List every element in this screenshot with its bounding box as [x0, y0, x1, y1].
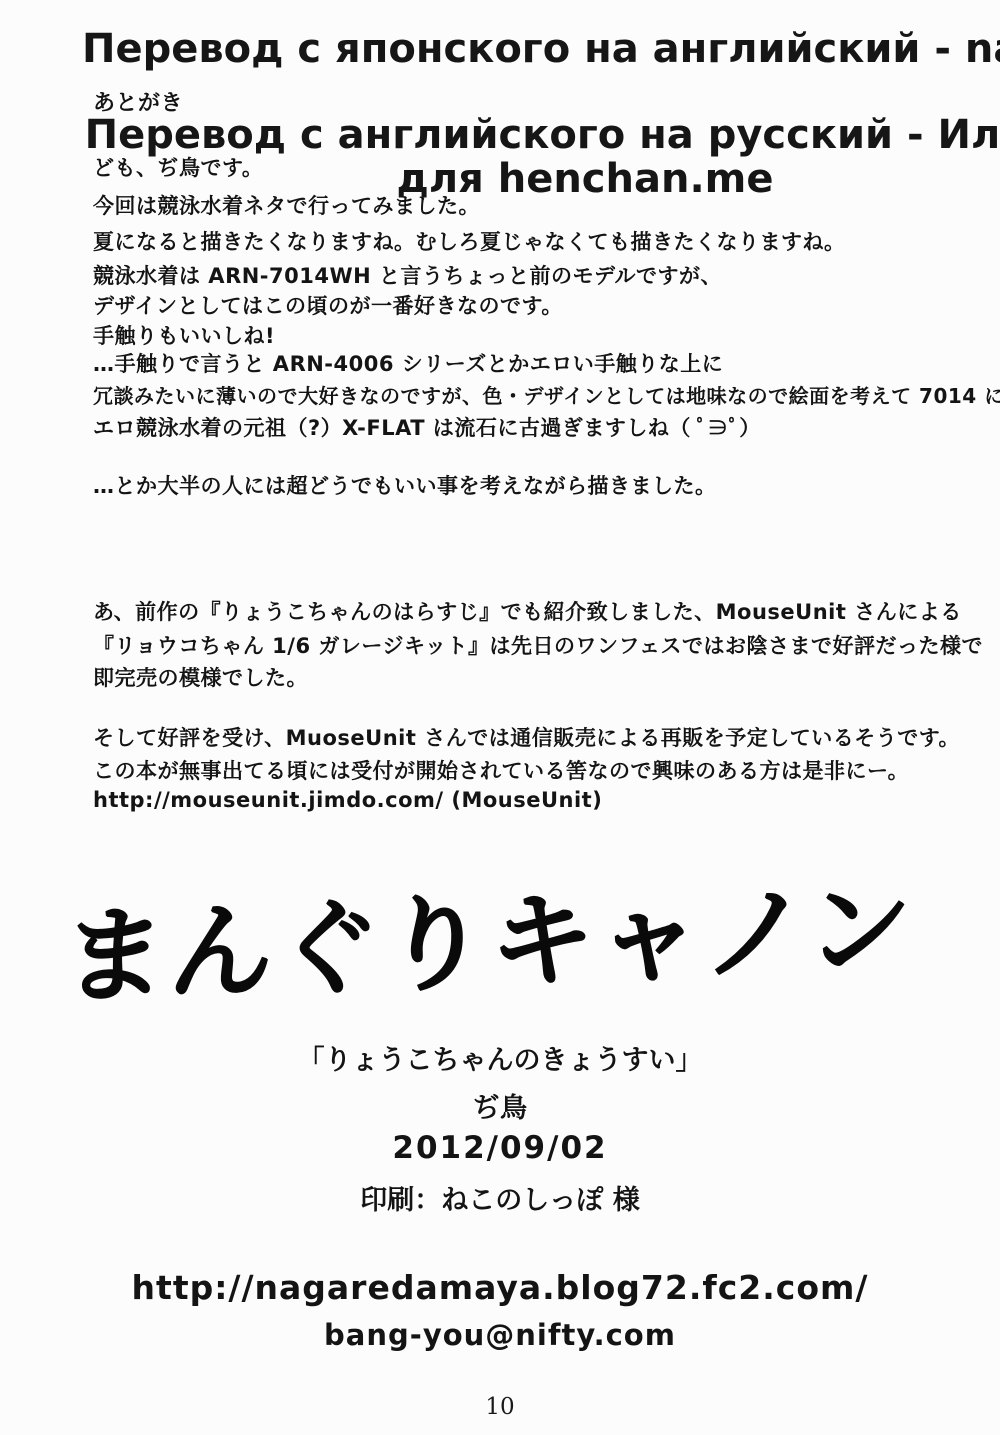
author-name: ぢ鳥 [0, 1086, 1000, 1125]
afterword-line-texture: 手触りもいいしね! [93, 320, 275, 350]
afterword-line-sold-out: 即完売の模様でした。 [93, 662, 308, 692]
circle-website-url: http://nagaredamaya.blog72.fc2.com/ [0, 1268, 1000, 1307]
printer-credit: 印刷：ねこのしっぽ 様 [0, 1178, 1000, 1217]
mouseunit-url: http://mouseunit.jimdo.com/ (MouseUnit) [93, 788, 602, 812]
afterword-line-swimsuit-model: 競泳水着は ARN-7014WH と言うちょっと前のモデルですが、 [93, 260, 722, 290]
afterword-line-orders: この本が無事出てる頃には受付が開始されている筈なので興味のある方は是非にー。 [93, 755, 909, 785]
afterword-page: Перевод с японского на английский - naxu… [0, 0, 1000, 1435]
afterword-line-summer: 夏になると描きたくなりますね。むしろ夏じゃなくても描きたくなりますね。 [93, 226, 846, 256]
afterword-heading: あとがき [93, 86, 183, 117]
afterword-line-xflat: エロ競泳水着の元祖（?）X-FLAT は流石に古過ぎますしね（ ﾟ∋ﾟ） [93, 412, 761, 442]
book-title: 「りょうこちゃんのきょうすい」 [0, 1038, 1000, 1077]
afterword-line-design: デザインとしてはこの頃のが一番好きなのです。 [93, 290, 563, 320]
page-number: 10 [0, 1394, 1000, 1420]
afterword-line-thoughts: …とか大半の人には超どうでもいい事を考えながら描きました。 [93, 470, 717, 500]
afterword-line-mouseunit-intro: あ、前作の『りょうこちゃんのはらすじ』でも紹介致しました、MouseUnit さ… [93, 596, 962, 626]
release-date: 2012/09/02 [0, 1130, 1000, 1166]
circle-logo-manguri-cannon: まんぐりキャノン [0, 840, 992, 1025]
afterword-line-greeting: ども、ぢ鳥です。 [93, 152, 263, 182]
translator-credit-jp-to-en: Перевод с японского на английский - naxu… [82, 26, 1000, 72]
contact-email: bang-you@nifty.com [0, 1318, 1000, 1352]
afterword-line-garage-kit: 『リョウコちゃん 1/6 ガレージキット』は先日のワンフェスではお陰さまで好評だ… [93, 630, 983, 660]
afterword-line-arn4006: …手触りで言うと ARN-4006 シリーズとかエロい手触りな上に [93, 348, 723, 378]
afterword-line-theme: 今回は競泳水着ネタで行ってみました。 [93, 190, 480, 220]
afterword-line-thin: 冗談みたいに薄いので大好きなのですが、色・デザインとしては地味なので絵面を考えて… [93, 380, 1000, 409]
afterword-line-resale: そして好評を受け、MuoseUnit さんでは通信販売による再販を予定しているそ… [93, 722, 960, 752]
